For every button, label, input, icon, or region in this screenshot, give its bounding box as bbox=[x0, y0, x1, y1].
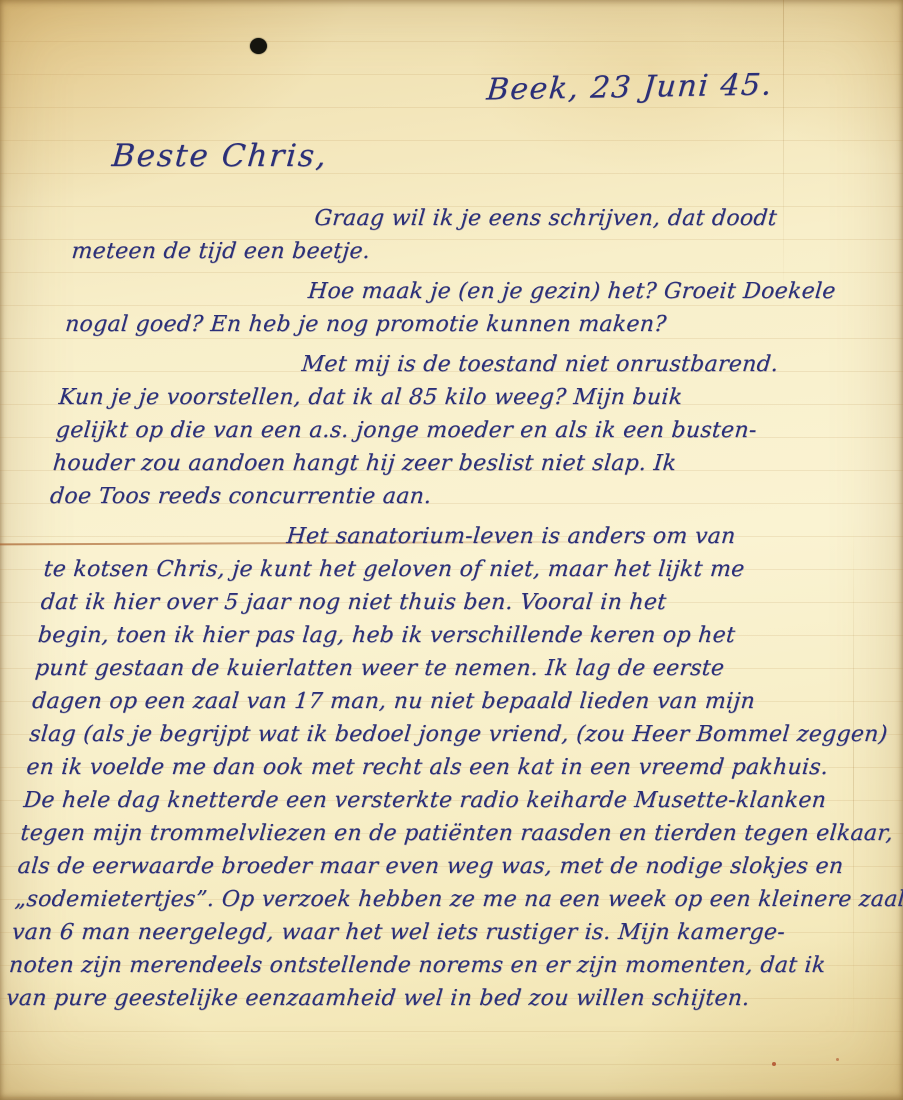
letter-line: begin, toen ik hier pas lag, heb ik vers… bbox=[37, 619, 872, 652]
letter-line: slag (als je begrijpt wat ik bedoel jong… bbox=[28, 718, 863, 751]
letter-line: te kotsen Chris, je kunt het geloven of … bbox=[42, 553, 877, 586]
letter-line: Hoe maak je (en je gezin) het? Groeit Do… bbox=[67, 275, 902, 308]
letter-line: dat ik hier over 5 jaar nog niet thuis b… bbox=[39, 586, 874, 619]
paper-speck bbox=[836, 1058, 839, 1061]
letter-paragraph: Graag wil ik je eens schrijven, dat dood… bbox=[70, 202, 903, 268]
letter-line: punt gestaan de kuierlatten weer te neme… bbox=[34, 652, 869, 685]
letter-line: houder zou aandoen hangt hij zeer beslis… bbox=[52, 447, 887, 480]
letter-line: en ik voelde me dan ook met recht als ee… bbox=[25, 751, 860, 784]
letter-body: Graag wil ik je eens schrijven, dat dood… bbox=[4, 202, 903, 1022]
letter-line: Het sanatorium-leven is anders om van bbox=[45, 520, 880, 553]
letter-line: Met mij is de toestand niet onrustbarend… bbox=[60, 348, 895, 381]
letter-paragraph: Hoe maak je (en je gezin) het? Groeit Do… bbox=[64, 275, 902, 341]
letter-line: van pure geestelijke eenzaamheid wel in … bbox=[5, 982, 840, 1015]
letter-line: gelijkt op die van een a.s. jonge moeder… bbox=[54, 414, 889, 447]
letter-line: „sodemietertjes”. Op verzoek hebben ze m… bbox=[13, 883, 848, 916]
letter-line: dagen op een zaal van 17 man, nu niet be… bbox=[31, 685, 866, 718]
letter-page: Beek, 23 Juni 45. Beste Chris, Graag wil… bbox=[0, 0, 903, 1100]
letter-line: doe Toos reeds concurrentie aan. bbox=[49, 480, 884, 513]
letter-paragraph: Het sanatorium-leven is anders om vante … bbox=[5, 520, 880, 1015]
hole-punch-dot bbox=[250, 38, 267, 54]
letter-line: tegen mijn trommelvliezen en de patiënte… bbox=[19, 817, 854, 850]
letter-paragraph: Met mij is de toestand niet onrustbarend… bbox=[49, 348, 895, 513]
letter-line: Graag wil ik je eens schrijven, dat dood… bbox=[73, 202, 903, 235]
letter-line: meteen de tijd een beetje. bbox=[70, 235, 903, 268]
letter-line: nogal goed? En heb je nog promotie kunne… bbox=[64, 308, 899, 341]
letter-line: noten zijn merendeels ontstellende norem… bbox=[8, 949, 843, 982]
letter-line: als de eerwaarde broeder maar even weg w… bbox=[16, 850, 851, 883]
letter-line: Kun je je voorstellen, dat ik al 85 kilo… bbox=[57, 381, 892, 414]
letter-line: van 6 man neergelegd, waar het wel iets … bbox=[11, 916, 846, 949]
letter-line: De hele dag knetterde een versterkte rad… bbox=[22, 784, 857, 817]
letter-salutation: Beste Chris, bbox=[110, 138, 329, 174]
letter-dateline: Beek, 23 Juni 45. bbox=[485, 68, 774, 108]
paper-speck bbox=[772, 1062, 776, 1066]
